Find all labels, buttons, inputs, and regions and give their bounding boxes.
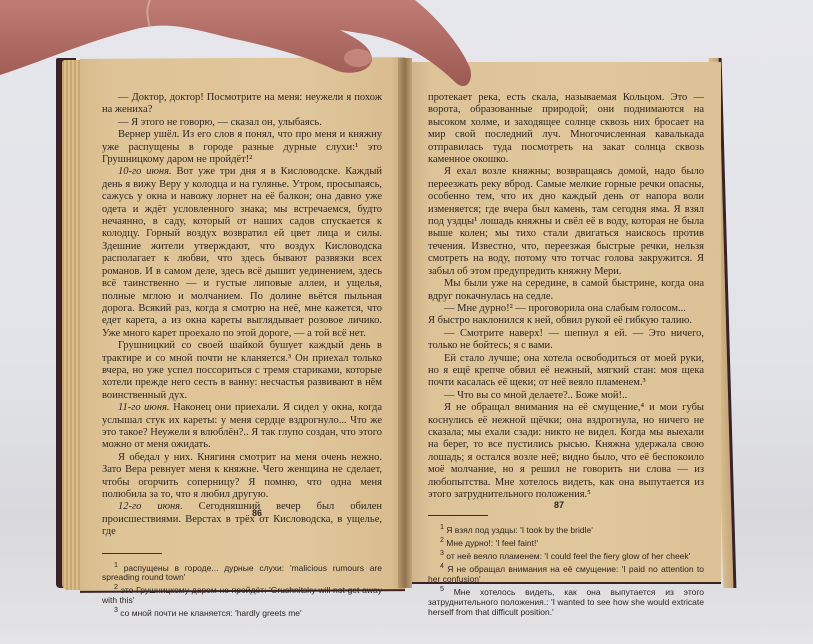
paragraph-text: — Мне дурно!² — проговорила она слабым г… xyxy=(444,303,686,314)
paragraph-text: Вот уже три дня я в Кисловодске. Каждый … xyxy=(102,166,382,338)
paragraph: — Мне дурно!² — проговорила она слабым г… xyxy=(428,303,704,315)
paragraph-text: Я ехал возле княжны; возвращаясь домой, … xyxy=(428,166,704,276)
paragraph: 11-го июня. Наконец они приехали. Я сиде… xyxy=(102,402,382,452)
paragraph-text: Грушницкий со своей шайкой бушует каждый… xyxy=(102,340,382,401)
footnote: 2 это Грушницкому даром не пройдёт: 'Gru… xyxy=(102,582,382,605)
paragraph: Я ехал возле княжны; возвращаясь домой, … xyxy=(428,166,704,278)
footnote-text: со мной почти не кланяется: 'hardly gree… xyxy=(118,608,302,618)
diary-date: 12-го июня. xyxy=(118,501,183,512)
paragraph: Я обедал у них. Княгиня смотрит на меня … xyxy=(102,452,382,502)
footnote-divider xyxy=(102,553,162,554)
footnote-text: Я взял под уздцы: 'I took by the bridle' xyxy=(444,525,593,535)
paragraph-text: Вернер ушёл. Из его слов я понял, что пр… xyxy=(102,129,382,165)
paragraph: Грушницкий со своей шайкой бушует каждый… xyxy=(102,340,382,402)
paragraph: — Смотрите наверх! — шепнул я ей. — Это … xyxy=(428,328,704,353)
paragraph-text: — Я этого не говорю, — сказал он, улыбая… xyxy=(118,117,322,128)
footnote-text: Мне дурно!: 'I feel faint!' xyxy=(444,538,538,548)
paragraph: Вернер ушёл. Из его слов я понял, что пр… xyxy=(102,129,382,166)
footnote: 5 Мне хотелось видеть, как она выпутаетс… xyxy=(428,584,704,617)
footnote: 3 от неё веяло пламенем: 'I could feel t… xyxy=(428,548,704,561)
footnote-divider xyxy=(428,515,488,516)
paragraph: Ей стало лучше; она хотела освободиться … xyxy=(428,353,704,390)
paragraph: 12-го июня. Сегодняшний вечер был обилен… xyxy=(102,501,382,538)
paragraph: — Доктор, доктор! Посмотрите на меня: не… xyxy=(102,92,382,117)
paragraph-text: — Смотрите наверх! — шепнул я ей. — Это … xyxy=(428,328,704,351)
paragraph-text: Я не обращал внимания на её смущение,⁴ и… xyxy=(428,402,704,500)
footnote: 2 Мне дурно!: 'I feel faint!' xyxy=(428,535,704,548)
footnote: 1 распущены в городе... дурные слухи: 'm… xyxy=(102,560,382,583)
photo-scene: — Доктор, доктор! Посмотрите на меня: не… xyxy=(0,0,813,644)
footnote: 1 Я взял под уздцы: 'I took by the bridl… xyxy=(428,522,704,535)
footnote-text: Мне хотелось видеть, как она выпутается … xyxy=(428,587,704,617)
left-page-text: — Доктор, доктор! Посмотрите на меня: не… xyxy=(102,92,382,618)
right-page-text: протекает река, есть скала, называемая К… xyxy=(428,92,704,617)
footnote-text: это Грушницкому даром не пройдёт: 'Grush… xyxy=(102,585,382,605)
page-number-right: 87 xyxy=(554,500,564,510)
footnote-text: от неё веяло пламенем: 'I could feel the… xyxy=(444,551,690,561)
diary-date: 10-го июня. xyxy=(118,166,172,177)
paragraph-text: Ей стало лучше; она хотела освободиться … xyxy=(428,353,704,389)
footnote: 4 Я не обращал внимания на её смущение: … xyxy=(428,561,704,584)
paragraph: Я быстро наклонился к ней, обвил рукой е… xyxy=(428,315,704,327)
paragraph: протекает река, есть скала, называемая К… xyxy=(428,92,704,166)
paragraph-text: Я быстро наклонился к ней, обвил рукой е… xyxy=(428,315,692,326)
paragraph: Мы были уже на середине, в самой быстрин… xyxy=(428,278,704,303)
paragraph-text: — Доктор, доктор! Посмотрите на меня: не… xyxy=(102,92,382,115)
paragraph-text: — Что вы со мной делаете?.. Боже мой!.. xyxy=(444,390,627,401)
paragraph: — Что вы со мной делаете?.. Боже мой!.. xyxy=(428,390,704,402)
footnote-text: Я не обращал внимания на её смущение: 'I… xyxy=(428,564,704,584)
paragraph-text: протекает река, есть скала, называемая К… xyxy=(428,92,704,165)
footnote-text: распущены в городе... дурные слухи: 'mal… xyxy=(102,562,382,582)
diary-date: 11-го июня. xyxy=(118,402,170,413)
page-number-left: 86 xyxy=(252,508,262,518)
book-gutter xyxy=(398,58,412,588)
paragraph: — Я этого не говорю, — сказал он, улыбая… xyxy=(102,117,382,129)
paragraph-text: Я обедал у них. Княгиня смотрит на меня … xyxy=(102,452,382,500)
footnote: 3 со мной почти не кланяется: 'hardly gr… xyxy=(102,605,382,618)
paragraph-text: Мы были уже на середине, в самой быстрин… xyxy=(428,278,704,301)
paragraph: Я не обращал внимания на её смущение,⁴ и… xyxy=(428,402,704,501)
paragraph: 10-го июня. Вот уже три дня я в Кисловод… xyxy=(102,166,382,340)
